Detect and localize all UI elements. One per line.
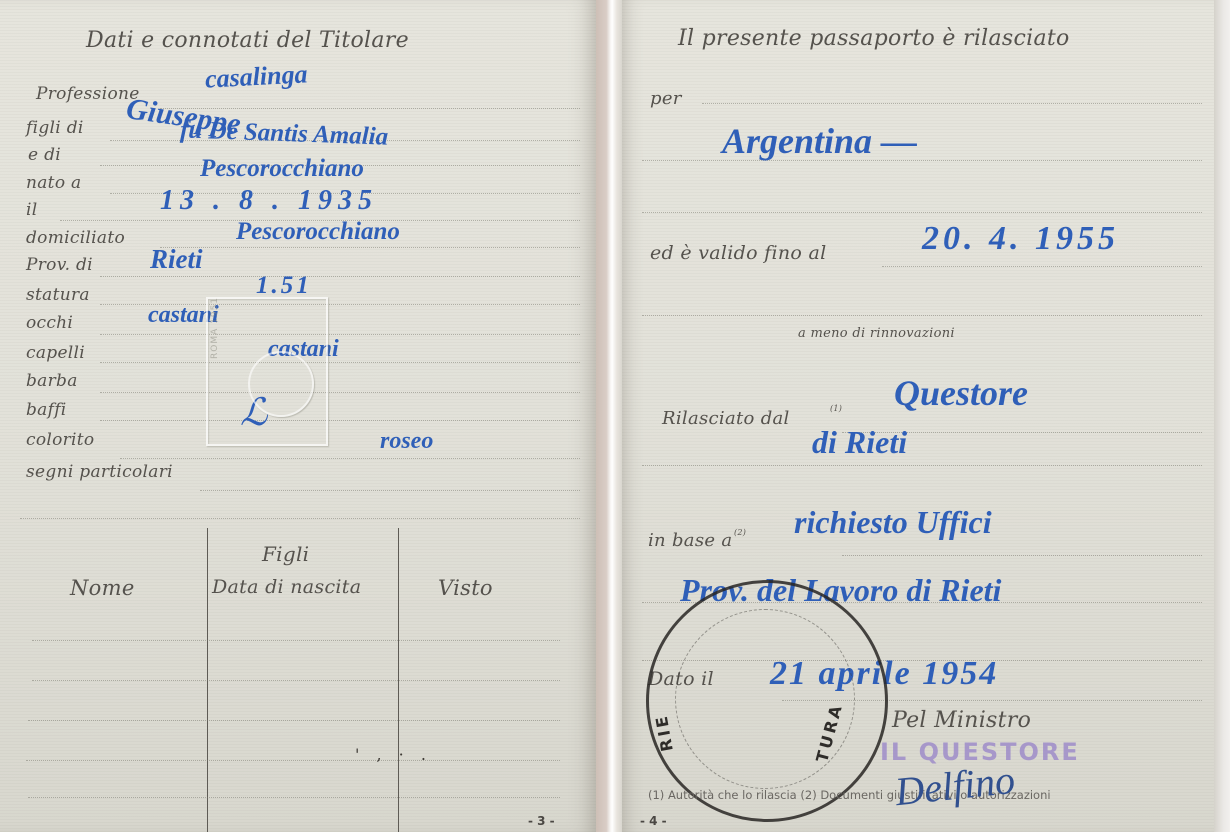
column-header-name: Nome [70, 576, 135, 600]
rule-line [20, 518, 580, 519]
value-birthdate: 13 . 8 . 1935 [160, 185, 378, 217]
rule-line [160, 247, 580, 248]
column-header-birthdate: Data di nascita [212, 576, 361, 598]
rule-line [100, 276, 580, 277]
footnote-marker-2: (2) [734, 528, 746, 537]
renewal-note: a meno di rinnovazioni [798, 326, 955, 341]
rule-line [882, 266, 1202, 267]
rule-line [842, 555, 1202, 556]
table-row-line [28, 797, 560, 798]
rule-line [702, 103, 1202, 104]
label-born-in: nato a [26, 173, 82, 193]
table-row-line [28, 720, 560, 721]
footnote-marker-1: (1) [830, 404, 842, 413]
page-number-left: - 3 - [528, 814, 555, 828]
label-profession: Professione [36, 84, 140, 104]
label-child-of: figli di [26, 118, 84, 138]
stamp-text-left: RIE [651, 712, 676, 753]
book-gutter [596, 0, 622, 832]
ink-smudge: ' , · . [355, 745, 432, 764]
label-and-of: e di [28, 145, 61, 165]
page-edge [1214, 0, 1230, 832]
value-height: 1.51 [256, 272, 312, 300]
left-page-title: Dati e connotati del Titolare [86, 28, 409, 53]
label-for-minister: Pel Ministro [892, 708, 1031, 733]
rule-line [642, 465, 1202, 466]
rule-line [100, 392, 580, 393]
table-row-line [32, 680, 560, 681]
value-based-on-line1: richiesto Uffici [794, 504, 992, 541]
column-header-visa: Visto [438, 576, 493, 600]
rule-line [642, 212, 1202, 213]
children-table-heading: Figli [262, 542, 309, 566]
page-number-right: - 4 - [640, 814, 667, 828]
label-height: statura [26, 285, 90, 305]
rule-line [120, 458, 580, 459]
rule-line [100, 420, 580, 421]
right-page-title: Il presente passaporto è rilasciato [678, 26, 1070, 51]
value-complexion: roseo [380, 428, 433, 455]
label-beard: barba [26, 371, 78, 391]
table-row-line [26, 760, 560, 761]
round-office-stamp: RIE TURA [646, 580, 888, 822]
value-issued-by-line2: di Rieti [812, 424, 907, 461]
emboss-emblem-icon [248, 351, 314, 417]
rule-line [100, 362, 580, 363]
label-valid-until: ed è valido fino al [650, 242, 827, 264]
value-province: Rieti [150, 244, 203, 275]
rule-line [200, 490, 580, 491]
label-issued-by: Rilasciato dal [662, 408, 790, 429]
left-page: Dati e connotati del Titolare Profession… [0, 0, 596, 832]
label-hair: capelli [26, 343, 85, 363]
value-mother: fu De Santis Amalia [180, 116, 389, 151]
table-row-line [32, 640, 560, 641]
value-issued-by-line1: Questore [894, 372, 1028, 414]
label-province: Prov. di [26, 255, 93, 275]
label-born-on: il [26, 200, 37, 220]
embossed-seal: ROMA 1951 [206, 297, 328, 446]
emboss-text: ROMA 1951 [210, 297, 220, 359]
value-profession: casalinga [204, 59, 308, 94]
label-domicile: domiciliato [26, 228, 125, 248]
label-complexion: colorito [26, 430, 94, 450]
value-birthplace: Pescorocchiano [200, 155, 364, 183]
rule-line [100, 334, 580, 335]
value-destination: Argentina — [722, 120, 917, 162]
label-distinguishing-marks: segni particolari [26, 462, 173, 482]
label-destination: per [650, 88, 682, 109]
label-based-on: in base a [648, 530, 732, 551]
label-moustache: baffi [26, 400, 67, 420]
rule-line [642, 315, 1202, 316]
value-valid-until: 20. 4. 1955 [922, 220, 1119, 258]
value-domicile: Pescorocchiano [236, 218, 400, 246]
label-eyes: occhi [26, 313, 73, 333]
